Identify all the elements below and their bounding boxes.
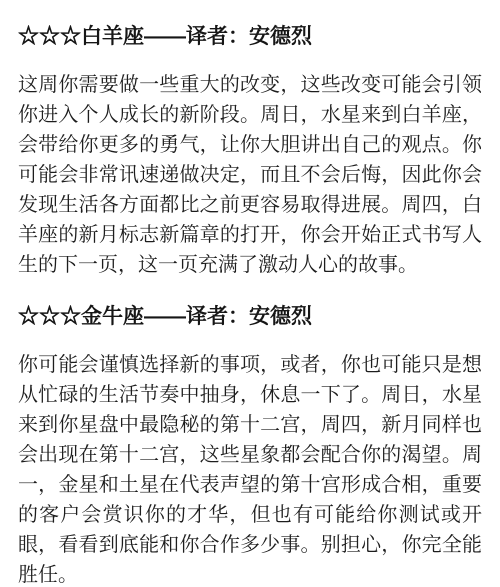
section-title-aries: ☆☆☆白羊座——译者：安德烈 <box>18 22 482 52</box>
horoscope-article: ☆☆☆白羊座——译者：安德烈 这周你需要做一些重大的改变，这些改变可能会引领你进… <box>0 22 500 587</box>
section-body-taurus: 你可能会谨慎选择新的事项，或者，你也可能只是想从忙碌的生活节奏中抽身，休息一下了… <box>18 350 482 587</box>
horoscope-section-aries: ☆☆☆白羊座——译者：安德烈 这周你需要做一些重大的改变，这些改变可能会引领你进… <box>18 22 482 280</box>
section-title-taurus: ☆☆☆金牛座——译者：安德烈 <box>18 302 482 332</box>
horoscope-section-taurus: ☆☆☆金牛座——译者：安德烈 你可能会谨慎选择新的事项，或者，你也可能只是想从忙… <box>18 302 482 587</box>
section-body-aries: 这周你需要做一些重大的改变，这些改变可能会引领你进入个人成长的新阶段。周日，水星… <box>18 70 482 280</box>
